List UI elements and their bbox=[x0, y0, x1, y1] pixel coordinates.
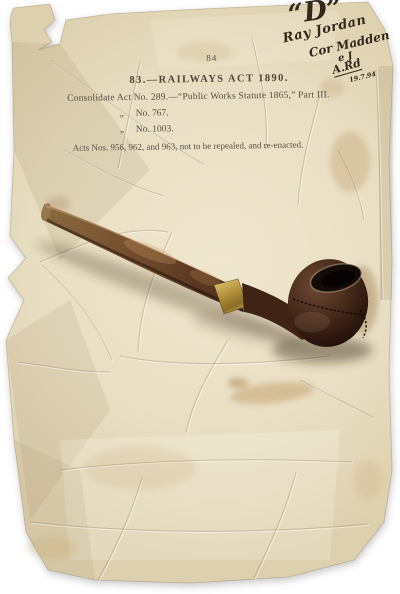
photo-scene: 84 83.—RAILWAYS ACT 1890. Consolidate Ac… bbox=[0, 0, 400, 594]
ditto-line-767: „ No. 767. bbox=[120, 108, 169, 119]
ditto-line-1003: „ No. 1003. bbox=[120, 124, 174, 135]
bowl-base-highlight bbox=[294, 312, 330, 332]
